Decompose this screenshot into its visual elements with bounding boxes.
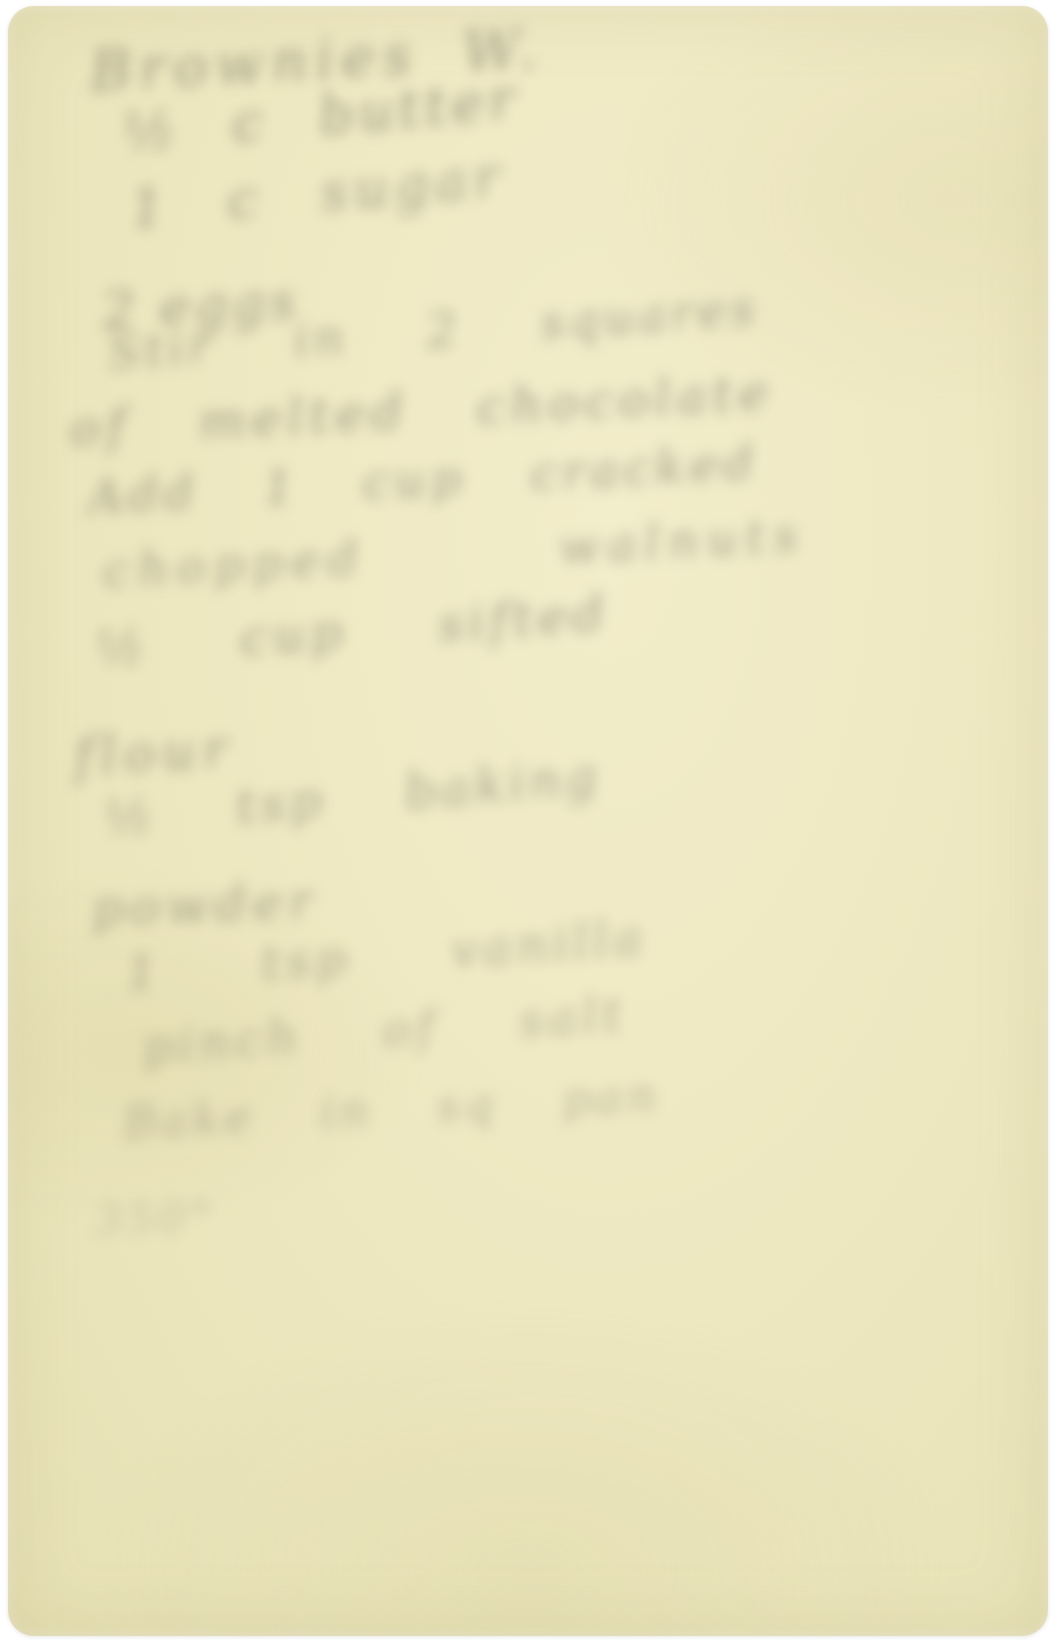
recipe-line-flour: flour — [72, 720, 235, 788]
recipe-line-sifted: ½ cup sifted — [94, 584, 611, 678]
recipe-line-bake: Bake in sq pan — [122, 1068, 662, 1150]
recipe-page: Brownies W. ½ c butter 1 c sugar 2 eggs … — [8, 6, 1048, 1636]
recipe-line-faint-note: 350° — [93, 1192, 217, 1247]
recipe-line-walnuts: chopped walnuts — [102, 507, 807, 600]
scanned-photo: Brownies W. ½ c butter 1 c sugar 2 eggs … — [0, 0, 1062, 1640]
recipe-line-powder: powder — [91, 872, 319, 938]
recipe-line-salt: pinch of salt — [141, 986, 629, 1076]
